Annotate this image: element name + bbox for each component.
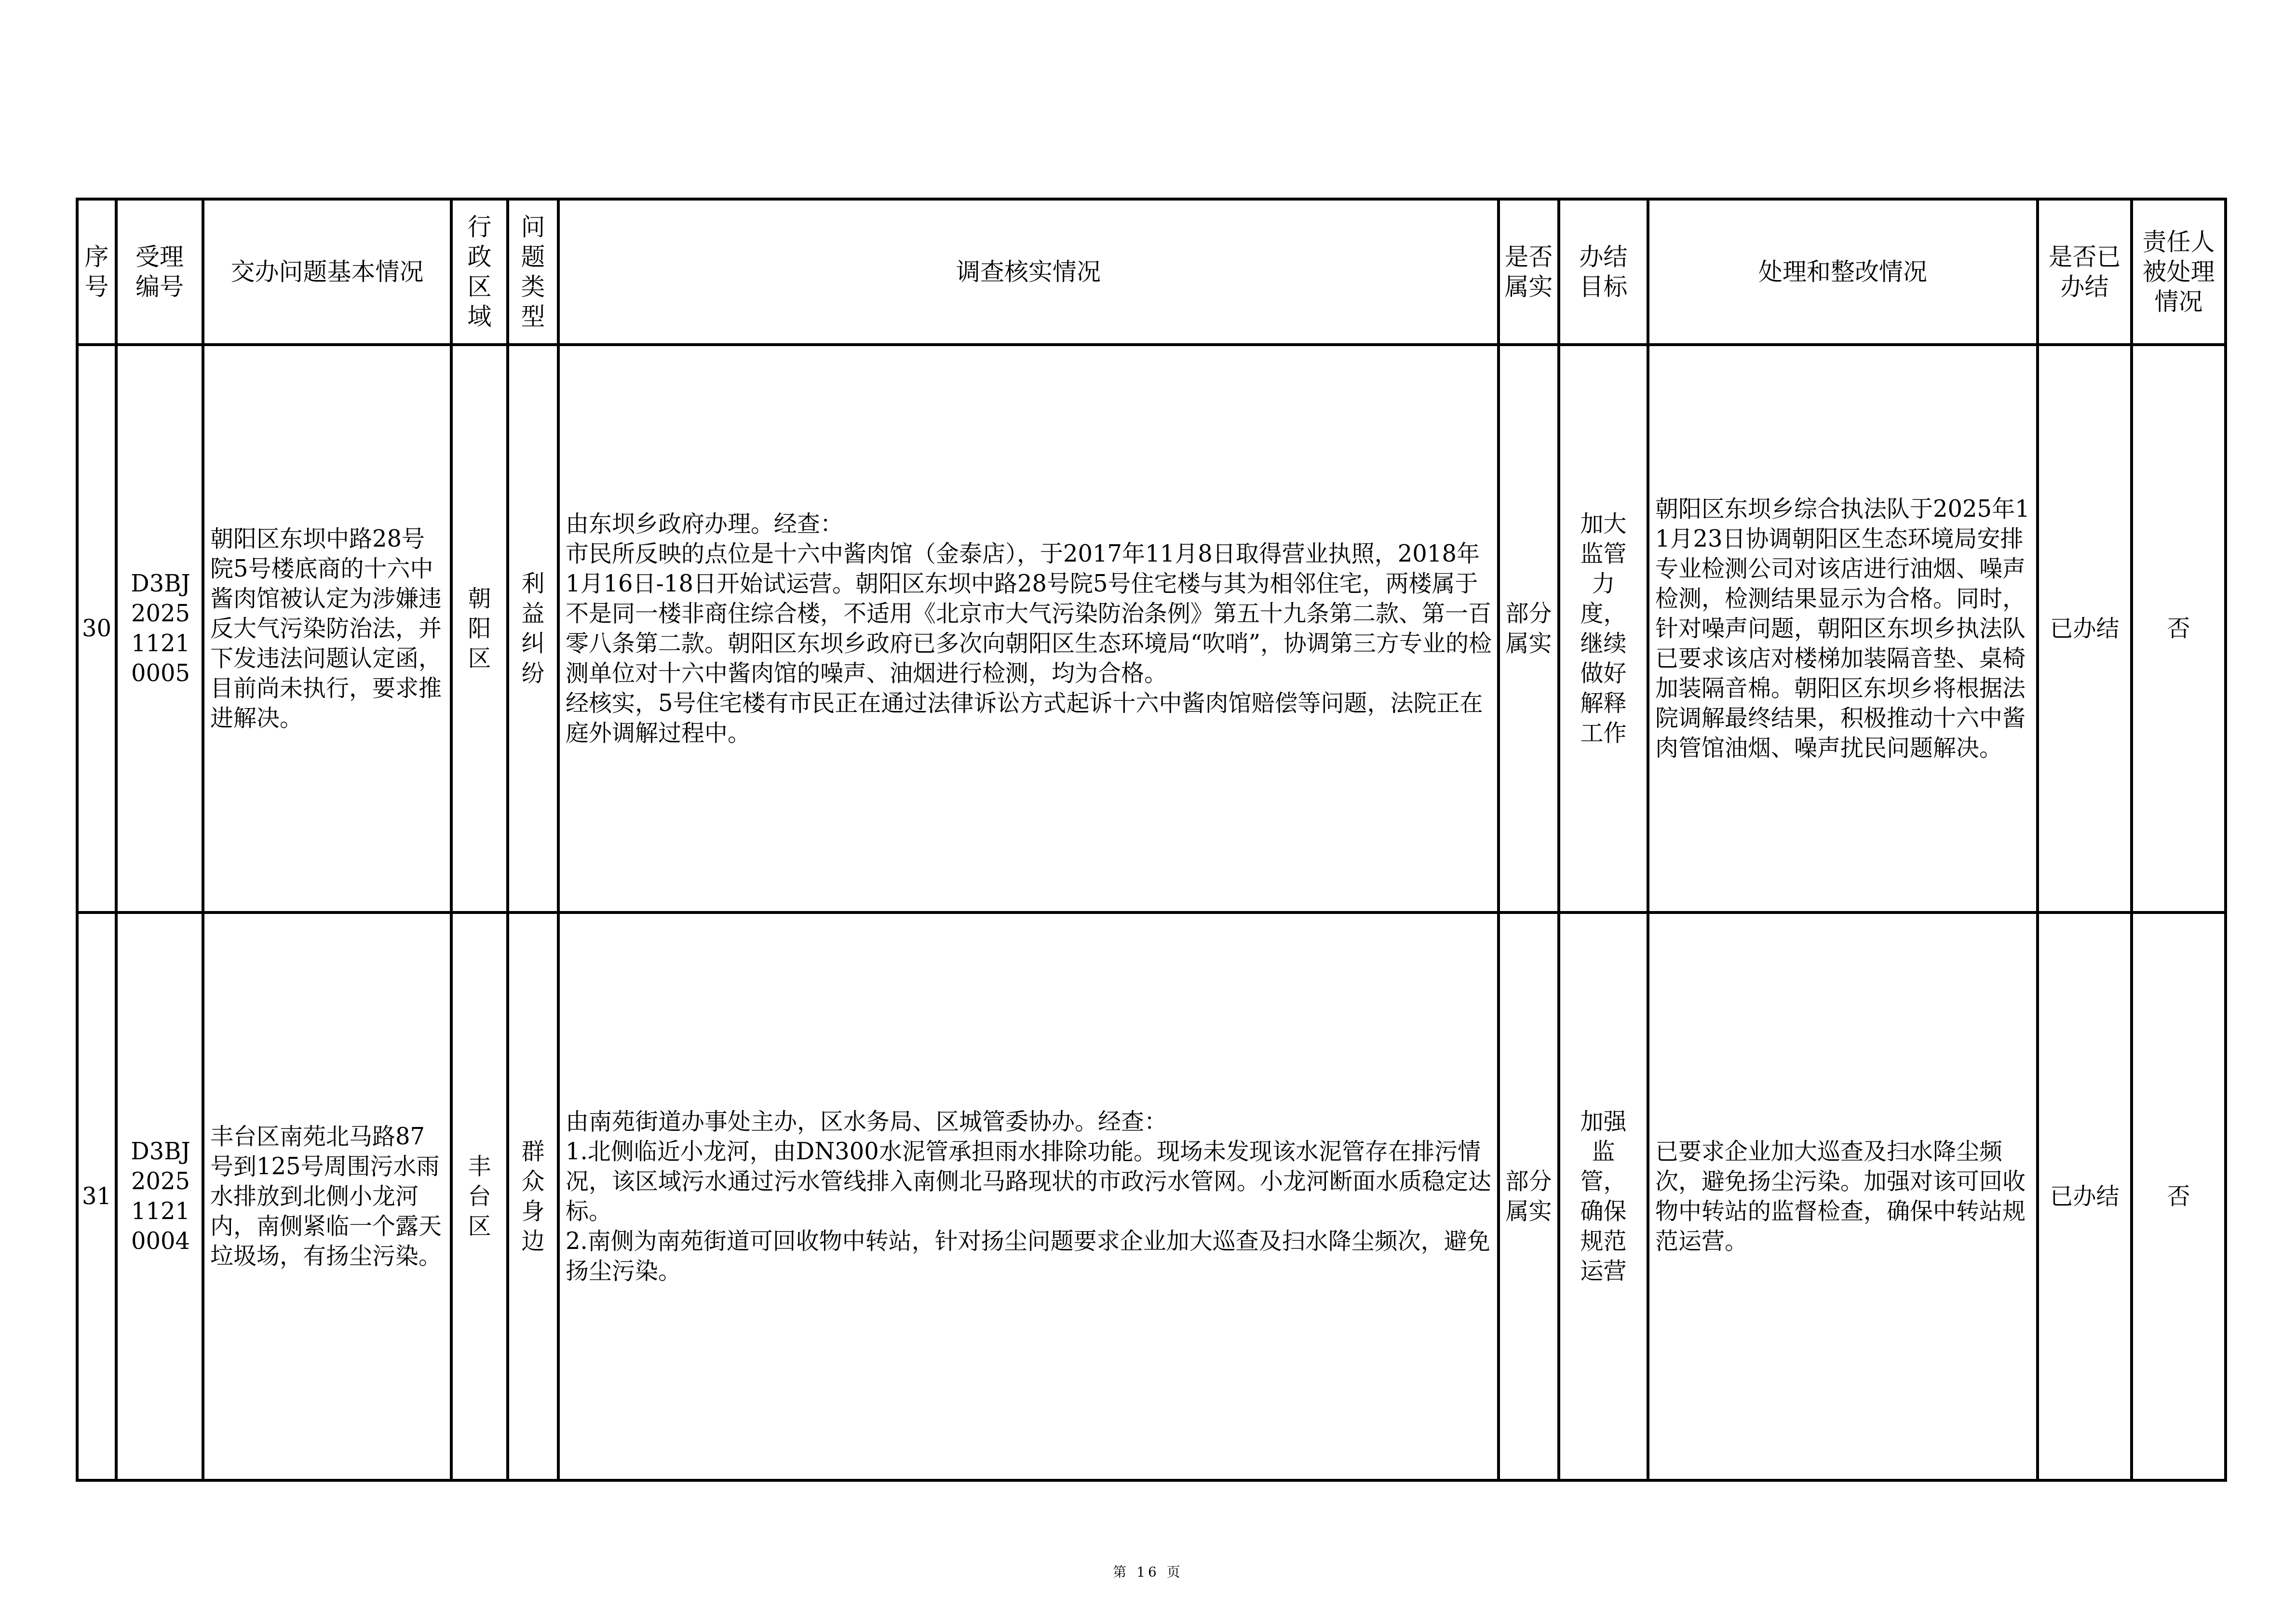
cell-accountability: 否 bbox=[2132, 912, 2226, 1480]
cell-accountability: 否 bbox=[2132, 345, 2226, 912]
header-issue-type: 问题类型 bbox=[508, 199, 558, 345]
table-header-row: 序号 受理编号 交办问题基本情况 行政区域 问题类型 调查核实情况 是否属实 办… bbox=[77, 199, 2226, 345]
header-seq: 序号 bbox=[77, 199, 116, 345]
header-verified: 是否属实 bbox=[1499, 199, 1559, 345]
cell-verified: 部分属实 bbox=[1499, 912, 1559, 1480]
cell-verified: 部分属实 bbox=[1499, 345, 1559, 912]
cell-issue: 丰台区南苑北马路87号到125号周围污水雨水排放到北侧小龙河内，南侧紧临一个露天… bbox=[203, 912, 451, 1480]
cell-seq: 31 bbox=[77, 912, 116, 1480]
table-row: 30 D3BJ202511210005 朝阳区东坝中路28号院5号楼底商的十六中… bbox=[77, 345, 2226, 912]
cell-investigation: 由东坝乡政府办理。经查： 市民所反映的点位是十六中酱肉馆（金泰店），于2017年… bbox=[558, 345, 1499, 912]
investigation-paragraph: 经核实，5号住宅楼有市民正在通过法律诉讼方式起诉十六中酱肉馆赔偿等问题，法院正在… bbox=[566, 688, 1492, 748]
cell-handling: 已要求企业加大巡查及扫水降尘频次，避免扬尘污染。加强对该可回收物中转站的监督检查… bbox=[1648, 912, 2038, 1480]
investigation-paragraph: 由南苑街道办事处主办，区水务局、区城管委协办。经查： bbox=[566, 1107, 1492, 1137]
investigation-paragraph: 2.南侧为南苑街道可回收物中转站，针对扬尘问题要求企业加大巡查及扫水降尘频次，避… bbox=[566, 1226, 1492, 1286]
header-issue: 交办问题基本情况 bbox=[203, 199, 451, 345]
header-investigation: 调查核实情况 bbox=[558, 199, 1499, 345]
cell-issue-type: 群众身边 bbox=[508, 912, 558, 1480]
cell-closed: 已办结 bbox=[2038, 345, 2132, 912]
header-handling: 处理和整改情况 bbox=[1648, 199, 2038, 345]
investigation-paragraph: 由东坝乡政府办理。经查： bbox=[566, 509, 1492, 539]
cell-investigation: 由南苑街道办事处主办，区水务局、区城管委协办。经查： 1.北侧临近小龙河，由DN… bbox=[558, 912, 1499, 1480]
cell-issue-type: 利益纠纷 bbox=[508, 345, 558, 912]
header-goal: 办结目标 bbox=[1559, 199, 1648, 345]
cell-case-no: D3BJ202511210004 bbox=[116, 912, 203, 1480]
complaint-table: 序号 受理编号 交办问题基本情况 行政区域 问题类型 调查核实情况 是否属实 办… bbox=[76, 198, 2227, 1482]
header-accountability: 责任人被处理情况 bbox=[2132, 199, 2226, 345]
cell-handling: 朝阳区东坝乡综合执法队于2025年11月23日协调朝阳区生态环境局安排专业检测公… bbox=[1648, 345, 2038, 912]
investigation-paragraph: 1.北侧临近小龙河，由DN300水泥管承担雨水排除功能。现场未发现该水泥管存在排… bbox=[566, 1137, 1492, 1226]
cell-goal: 加强监管，确保规范运营 bbox=[1559, 912, 1648, 1480]
cell-closed: 已办结 bbox=[2038, 912, 2132, 1480]
cell-goal: 加大监管力度，继续做好解释工作 bbox=[1559, 345, 1648, 912]
table-row: 31 D3BJ202511210004 丰台区南苑北马路87号到125号周围污水… bbox=[77, 912, 2226, 1480]
header-case-no: 受理编号 bbox=[116, 199, 203, 345]
cell-district: 朝阳区 bbox=[451, 345, 508, 912]
cell-issue: 朝阳区东坝中路28号院5号楼底商的十六中酱肉馆被认定为涉嫌违反大气污染防治法，并… bbox=[203, 345, 451, 912]
investigation-paragraph: 市民所反映的点位是十六中酱肉馆（金泰店），于2017年11月8日取得营业执照，2… bbox=[566, 539, 1492, 688]
cell-case-no: D3BJ202511210005 bbox=[116, 345, 203, 912]
header-district: 行政区域 bbox=[451, 199, 508, 345]
cell-seq: 30 bbox=[77, 345, 116, 912]
header-closed: 是否已办结 bbox=[2038, 199, 2132, 345]
page-number: 第 16 页 bbox=[0, 1562, 2296, 1581]
document-page: 序号 受理编号 交办问题基本情况 行政区域 问题类型 调查核实情况 是否属实 办… bbox=[0, 0, 2296, 1623]
cell-district: 丰台区 bbox=[451, 912, 508, 1480]
